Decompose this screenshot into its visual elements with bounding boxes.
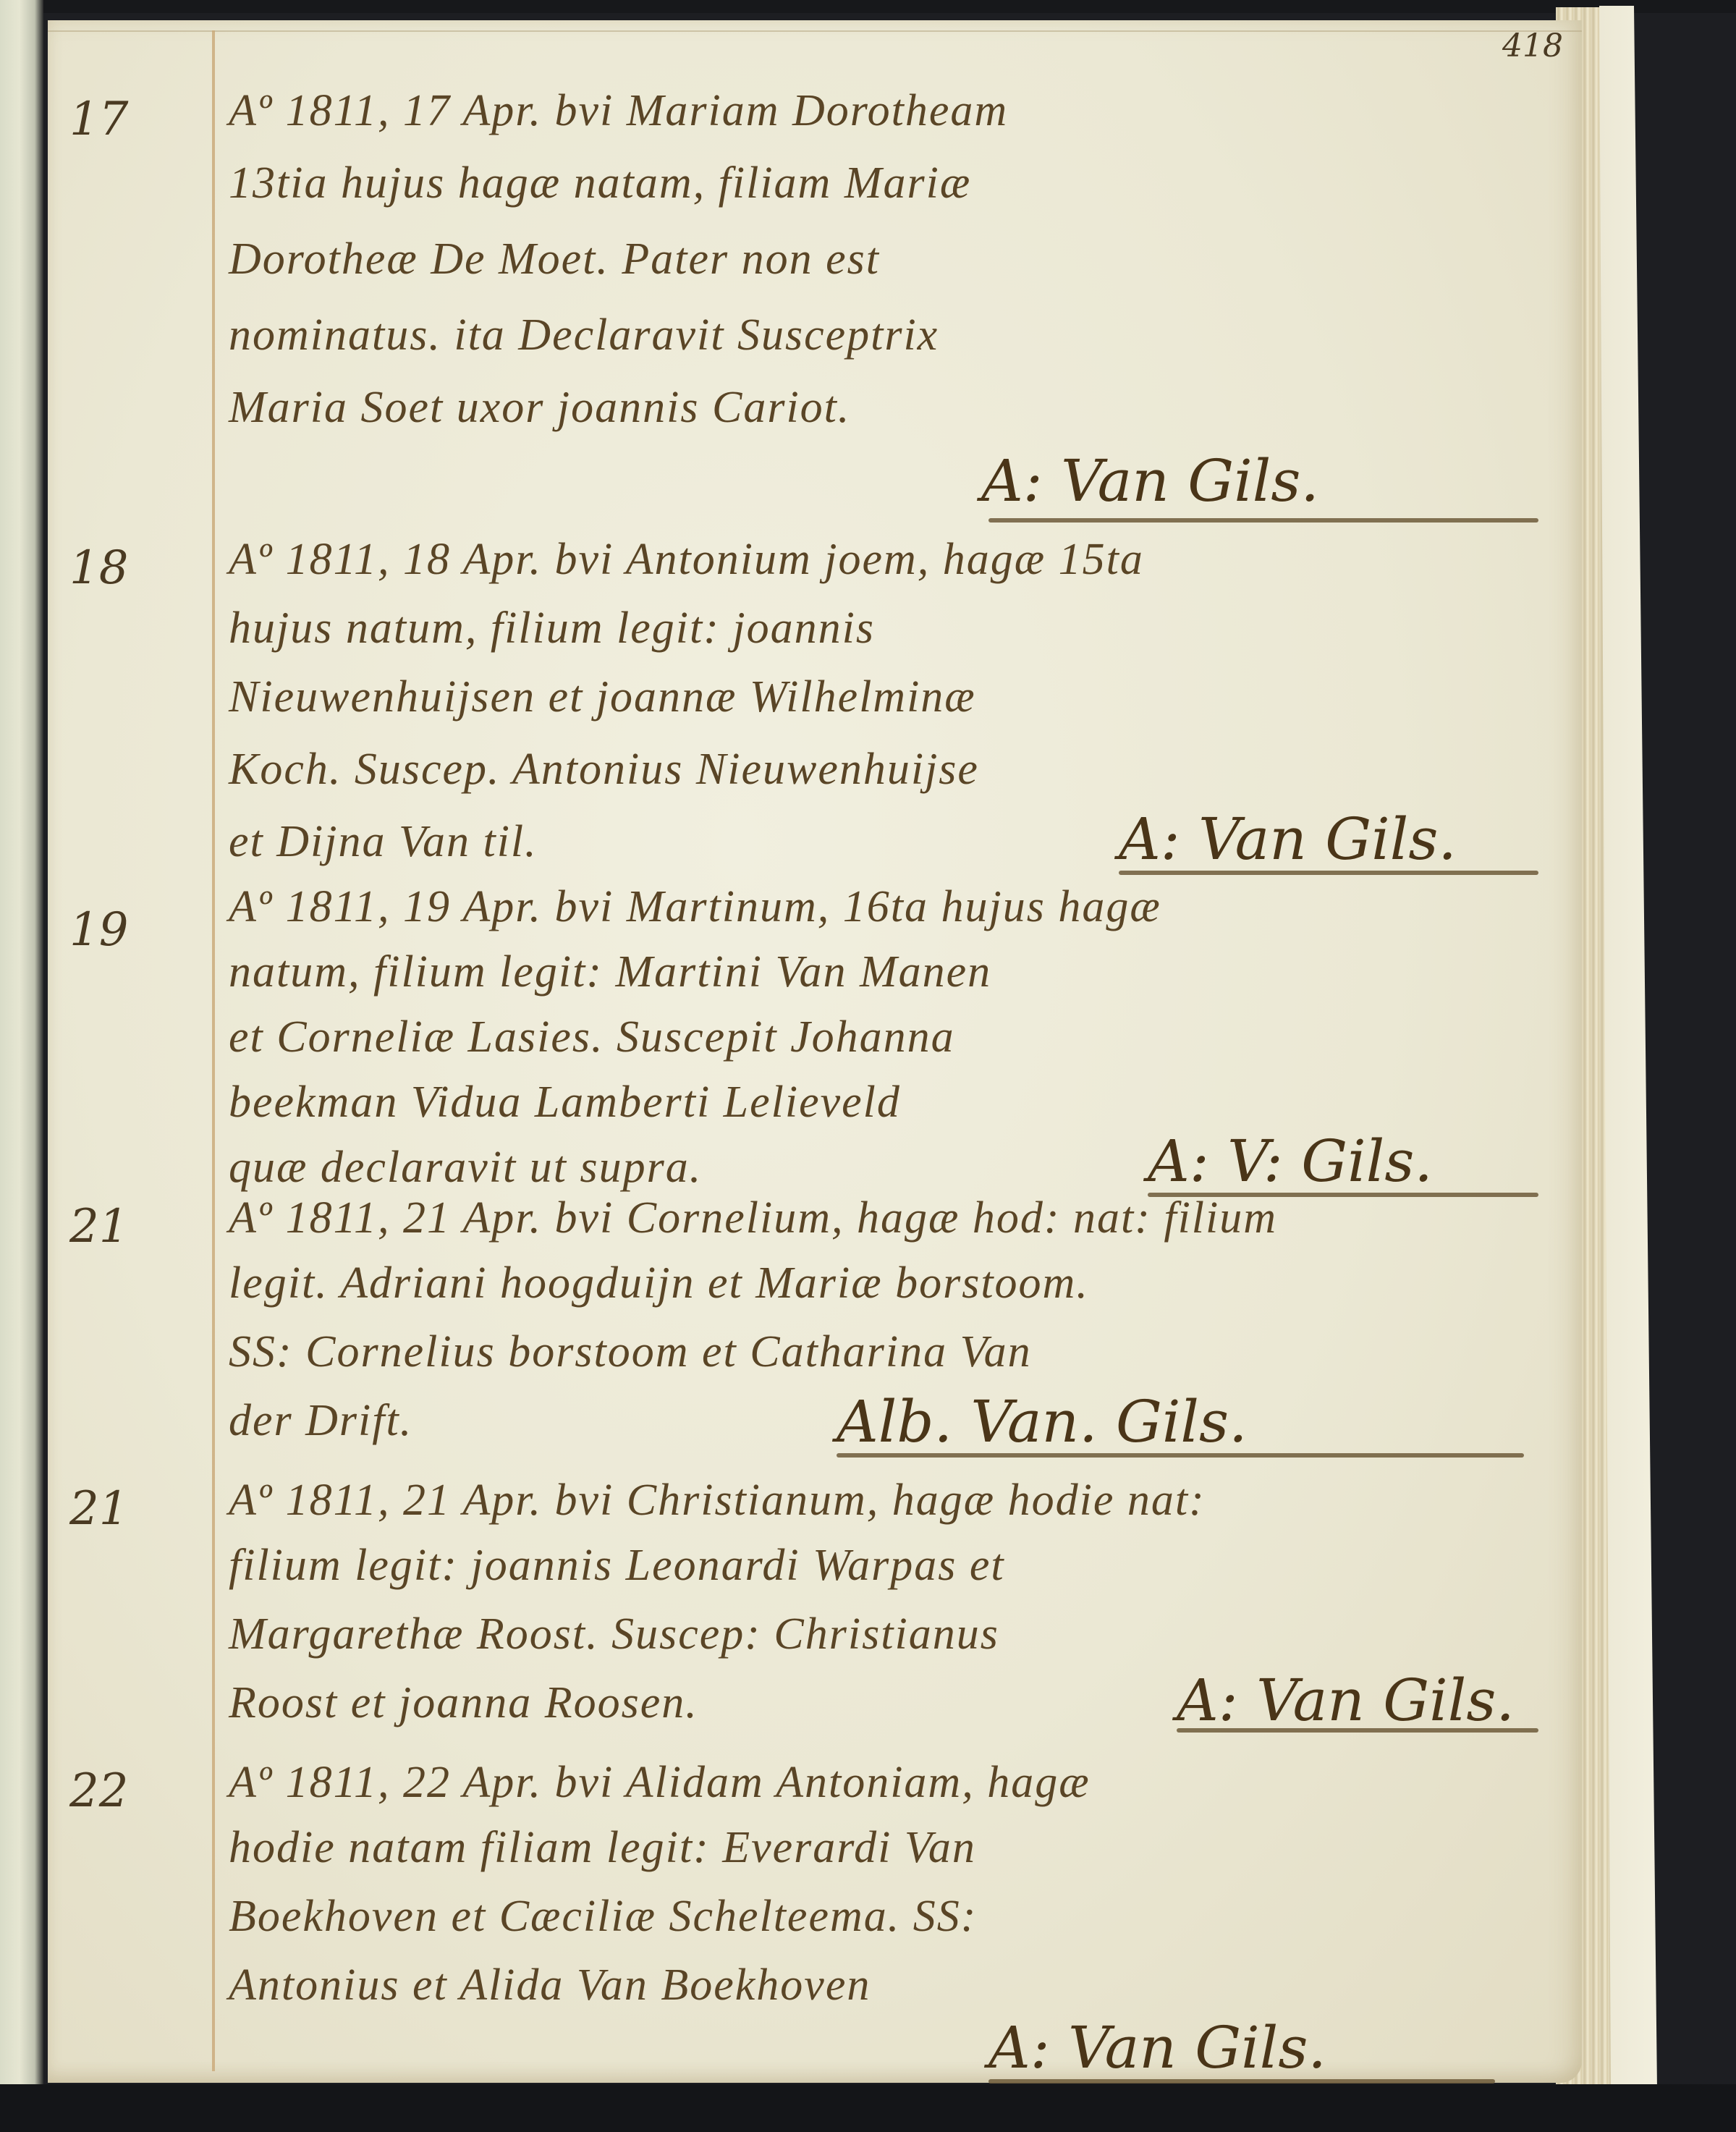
entry-line: Aº 1811, 21 Apr. bvi Cornelium, hagæ hod… <box>229 1193 1277 1244</box>
binding-gutter <box>0 0 43 2132</box>
entry-number: 21 <box>69 1200 200 1253</box>
priest-signature: A: V: Gils. <box>1148 1128 1433 1195</box>
signature-underline <box>837 1453 1524 1458</box>
entry-line: Antonius et Alida Van Boekhoven <box>229 1960 871 2011</box>
entry-line: et Dijna Van til. <box>229 816 538 868</box>
entry-line: et Corneliæ Lasies. Suscepit Johanna <box>229 1012 955 1063</box>
entry-line: SS: Cornelius borstoom et Catharina Van <box>229 1327 1032 1378</box>
scan-background-bottom <box>0 2084 1736 2132</box>
entry-number: 22 <box>69 1764 200 1818</box>
signature-underline <box>988 2079 1495 2084</box>
entry-line: Aº 1811, 22 Apr. bvi Alidam Antoniam, ha… <box>229 1757 1091 1809</box>
entry-line: Margarethæ Roost. Suscep: Christianus <box>229 1609 999 1660</box>
entry-number: 18 <box>69 541 200 595</box>
entry-line: Nieuwenhuijsen et joannæ Wilhelminæ <box>229 672 976 723</box>
priest-signature: A: Van Gils. <box>1177 1667 1515 1734</box>
entry-line: Aº 1811, 17 Apr. bvi Mariam Dorotheam <box>229 85 1008 137</box>
entry-line: quæ declaravit ut supra. <box>229 1142 702 1193</box>
entry-line: beekman Vidua Lamberti Lelieveld <box>229 1077 901 1128</box>
priest-signature: Alb. Van. Gils. <box>837 1388 1248 1455</box>
entry-number: 19 <box>69 903 200 957</box>
priest-signature: A: Van Gils. <box>1119 805 1457 873</box>
entry-line: Dorotheæ De Moet. Pater non est <box>229 234 880 285</box>
entry-line: hujus natum, filium legit: joannis <box>229 603 875 654</box>
entry-line: Maria Soet uxor joannis Cariot. <box>229 382 850 433</box>
entry-line: Aº 1811, 18 Apr. bvi Antonium joem, hagæ… <box>229 534 1144 585</box>
entry-line: Roost et joanna Roosen. <box>229 1678 698 1729</box>
priest-signature: A: Van Gils. <box>981 447 1319 515</box>
margin-rule <box>212 30 215 2071</box>
entry-line: Boekhoven et Cæciliæ Schelteema. SS: <box>229 1891 977 1942</box>
entry-line: 13tia hujus hagæ natam, filiam Mariæ <box>229 158 971 209</box>
scan-background-top <box>0 0 1736 13</box>
priest-signature: A: Van Gils. <box>988 2014 1326 2081</box>
entry-number: 21 <box>69 1482 200 1536</box>
signature-underline <box>988 518 1538 523</box>
folio-number: 418 <box>1502 28 1563 64</box>
entry-line: nominatus. ita Declaravit Susceptrix <box>229 310 939 361</box>
entry-line: natum, filium legit: Martini Van Manen <box>229 947 991 998</box>
entry-line: hodie natam filiam legit: Everardi Van <box>229 1822 976 1874</box>
entry-line: der Drift. <box>229 1395 412 1447</box>
entry-line: Aº 1811, 19 Apr. bvi Martinum, 16ta huju… <box>229 881 1161 933</box>
entry-line: Aº 1811, 21 Apr. bvi Christianum, hagæ h… <box>229 1475 1206 1526</box>
entry-line: legit. Adriani hoogduijn et Mariæ borsto… <box>229 1258 1089 1309</box>
signature-underline <box>1177 1728 1538 1733</box>
signature-underline <box>1119 871 1538 875</box>
top-rule <box>48 30 1582 32</box>
entry-number: 17 <box>69 93 200 146</box>
entry-line: filium legit: joannis Leonardi Warpas et <box>229 1540 1005 1591</box>
entry-line: Koch. Suscep. Antonius Nieuwenhuijse <box>229 744 979 795</box>
register-page: 418 17 Aº 1811, 17 Apr. bvi Mariam Dorot… <box>48 20 1582 2083</box>
